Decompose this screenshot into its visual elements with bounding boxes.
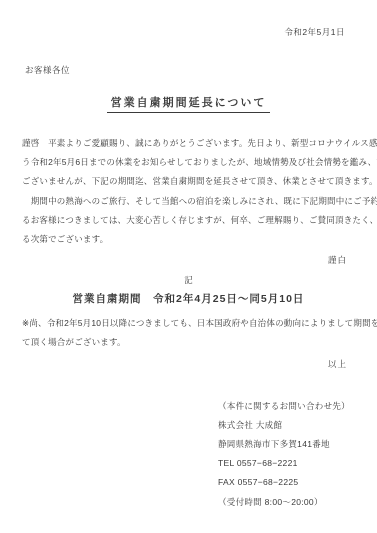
document-date: 令和2年5月1日 <box>22 26 355 38</box>
suspension-period-heading: 営業自粛期間 令和2年4月25日～同5月10日 <box>22 292 355 306</box>
note-block: ※尚、令和2年5月10日以降につきましても、日本国政府や自治体の動向によりまして… <box>22 314 355 352</box>
contact-block: （本件に関するお問い合わせ先） 株式会社 大成館 静岡県熱海市下多賀141番地 … <box>22 397 355 512</box>
contact-header: （本件に関するお問い合わせ先） <box>218 397 350 416</box>
contact-hours: （受付時間 8:00～20:00） <box>218 493 350 512</box>
body-line-6: る次第でございます。 <box>22 230 355 249</box>
body-line-5: るお客様につきましては、大変心苦しく存じますが、何卒、ご理解賜り、ご賛同頂きたく… <box>22 211 355 230</box>
note-line-2: て頂く場合がございます。 <box>22 333 355 352</box>
body-line-3: ございませんが、下記の期間迄、営業自粛期間を延長させて頂き、休業とさせて頂きます… <box>22 172 355 191</box>
note-line-1: ※尚、令和2年5月10日以降につきましても、日本国政府や自治体の動向によりまして… <box>22 314 355 333</box>
body-line-2: う令和2年5月6日までの休業をお知らせしておりましたが、地域情勢及び社会情勢を鑑… <box>22 153 355 172</box>
body-paragraph: 謹啓 平素よりご愛顧賜り、誠にありがとうございます。先日より、新型コロナウイルス… <box>22 134 355 249</box>
body-line-4: 期間中の熱海へのご旅行、そして当館への宿泊を楽しみにされ、既に下記期間中にご予約… <box>22 192 355 211</box>
title-row: 営業自粛期間延長について <box>22 97 355 113</box>
document-title: 営業自粛期間延長について <box>107 97 271 113</box>
record-marker: 記 <box>22 274 355 286</box>
recipient-line: お客様各位 <box>22 64 355 76</box>
closing-salutation: 謹白 <box>22 254 355 266</box>
contact-inner: （本件に関するお問い合わせ先） 株式会社 大成館 静岡県熱海市下多賀141番地 … <box>218 397 350 512</box>
contact-company: 株式会社 大成館 <box>218 416 350 435</box>
contact-fax: FAX 0557−68−2225 <box>218 473 350 492</box>
contact-address: 静岡県熱海市下多賀141番地 <box>218 435 350 454</box>
body-line-1: 謹啓 平素よりご愛顧賜り、誠にありがとうございます。先日より、新型コロナウイルス… <box>22 134 355 153</box>
contact-tel: TEL 0557−68−2221 <box>218 454 350 473</box>
notice-document-page: 令和2年5月1日 お客様各位 営業自粛期間延長について 謹啓 平素よりご愛顧賜り… <box>0 0 377 533</box>
end-marker: 以上 <box>22 358 355 370</box>
